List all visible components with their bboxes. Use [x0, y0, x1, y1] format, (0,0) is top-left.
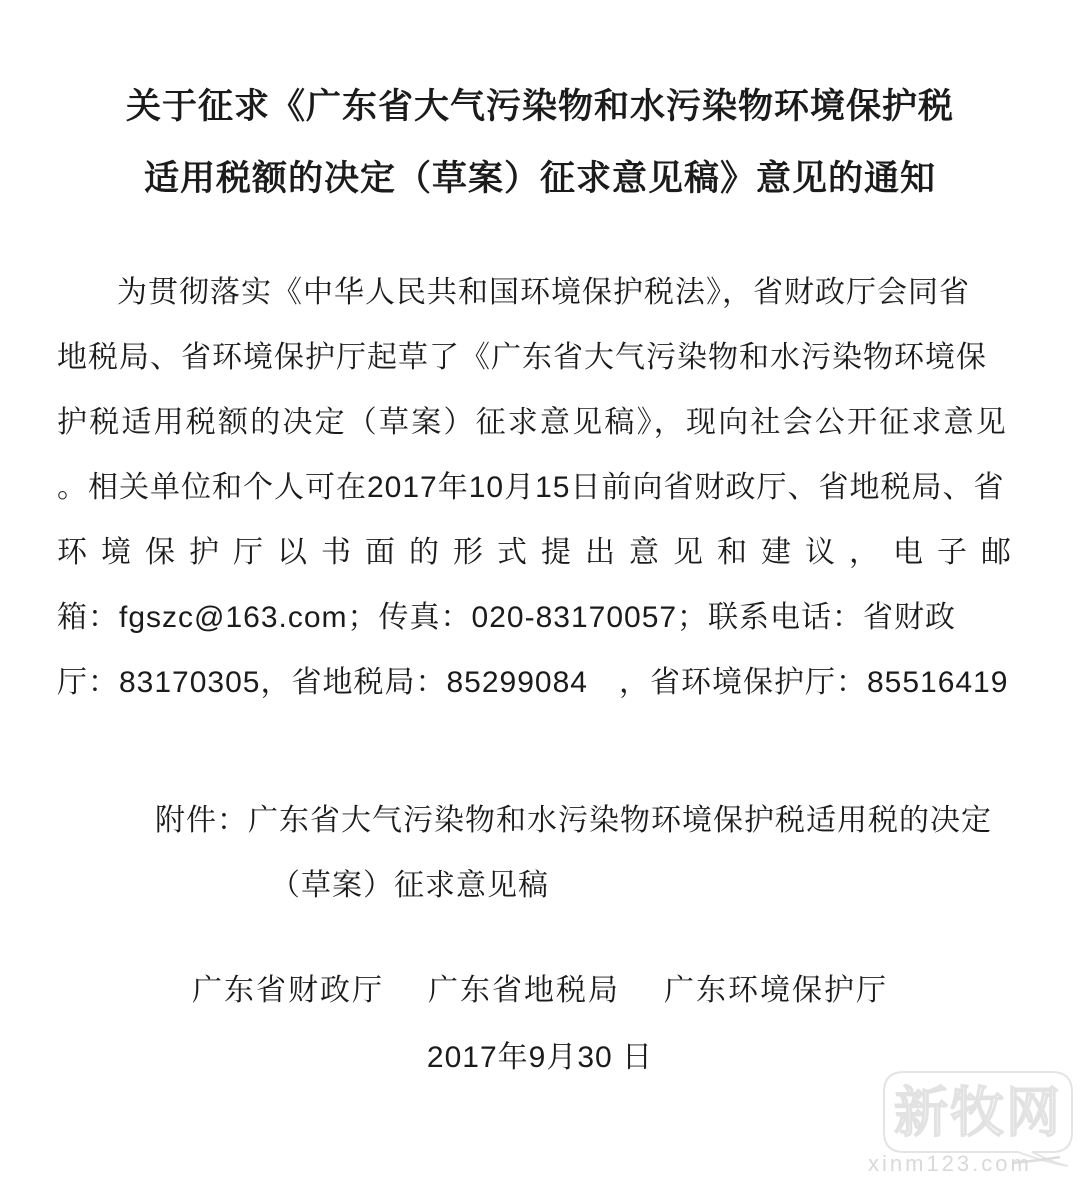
attachment-line-1: 附件：广东省大气污染物和水污染物环境保护税适用税的决定 — [57, 788, 1023, 853]
title-line-1: 关于征求《广东省大气污染物和水污染物环境保护税 — [0, 71, 1080, 143]
attachment-section: 附件：广东省大气污染物和水污染物环境保护税适用税的决定 （草案）征求意见稿 — [57, 788, 1023, 918]
body-line-7: 厅：83170305，省地税局：85299084 ，省环境保护厅：8551641… — [57, 650, 1023, 715]
watermark-site-url: xinm123.com — [868, 1151, 1032, 1176]
body-line-1: 为贯彻落实《中华人民共和国环境保护税法》，省财政厅会同省 — [57, 260, 1023, 325]
xinmu-watermark-logo: 新牧网 xinm123.com — [860, 1060, 1080, 1177]
agency-local-tax-bureau: 广东省地税局 — [428, 958, 620, 1023]
body-line-5: 环境保护厅以书面的形式提出意见和建议，电子邮 — [57, 520, 1023, 585]
agency-finance-dept: 广东省财政厅 — [192, 958, 384, 1023]
document-page: 关于征求《广东省大气污染物和水污染物环境保护税 适用税额的决定（草案）征求意见稿… — [0, 0, 1080, 1177]
title-line-2: 适用税额的决定（草案）征求意见稿》意见的通知 — [0, 143, 1080, 215]
notice-body: 为贯彻落实《中华人民共和国环境保护税法》，省财政厅会同省 地税局、省环境保护厅起… — [57, 260, 1023, 715]
watermark-site-name: 新牧网 — [894, 1083, 1062, 1143]
notice-title: 关于征求《广东省大气污染物和水污染物环境保护税 适用税额的决定（草案）征求意见稿… — [0, 71, 1080, 215]
body-line-4: 。相关单位和个人可在2017年10月15日前向省财政厅、省地税局、省 — [57, 455, 1023, 520]
issuing-agencies: 广东省财政厅 广东省地税局 广东环境保护厅 — [0, 958, 1080, 1023]
body-line-3: 护税适用税额的决定（草案）征求意见稿》，现向社会公开征求意见 — [57, 390, 1023, 455]
body-line-2: 地税局、省环境保护厅起草了《广东省大气污染物和水污染物环境保 — [57, 325, 1023, 390]
attachment-line-2: （草案）征求意见稿 — [57, 853, 1023, 918]
body-line-6: 箱：fgszc@163.com；传真：020-83170057；联系电话：省财政 — [57, 585, 1023, 650]
agency-environment-dept: 广东环境保护厅 — [664, 958, 888, 1023]
